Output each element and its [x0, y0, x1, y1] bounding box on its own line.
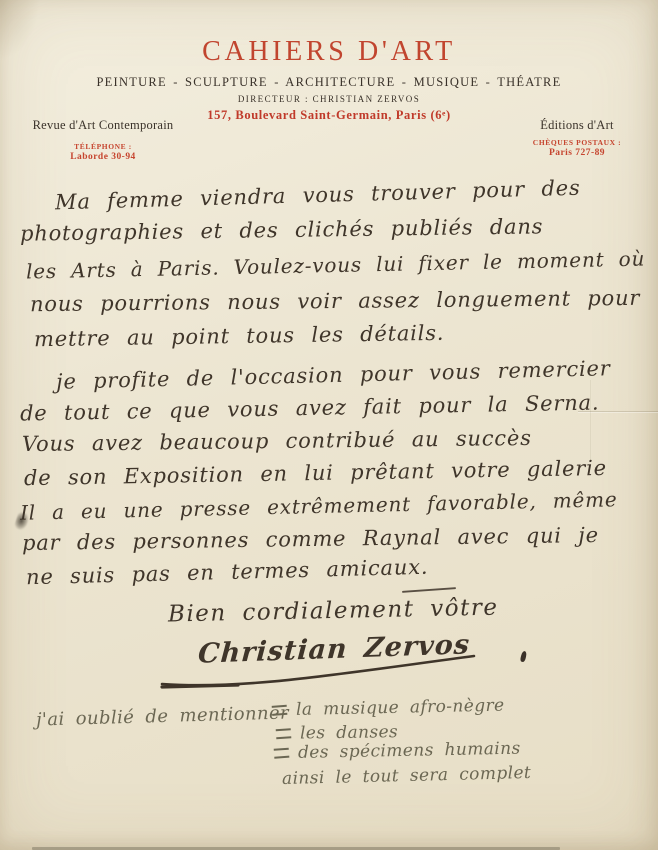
handwritten-line: de son Exposition en lui prêtant votre g… — [24, 456, 607, 490]
handwritten-line: les Arts à Paris. Voulez-vous lui fixer … — [26, 247, 646, 284]
valediction-line: Bien cordialement vôtre — [168, 595, 499, 628]
handwritten-line: de tout ce que vous avez fait pour la Se… — [20, 390, 600, 425]
telephone-label: TÉLÉPHONE : — [28, 142, 178, 151]
handwritten-line: ne suis pas en termes amicaux. — [26, 555, 429, 590]
postscript-item-text: la musique afro-nègre — [296, 696, 505, 720]
letterhead-left-block: Revue d'Art Contemporain TÉLÉPHONE : Lab… — [28, 118, 178, 162]
scan-corner-shadow — [0, 0, 40, 60]
postscript-item: la musique afro-nègre — [272, 696, 505, 721]
letterhead-right-block: Éditions d'Art CHÈQUES POSTAUX : Paris 7… — [512, 118, 642, 158]
postscript-intro: j'ai oublié de mentionner — [36, 702, 290, 730]
signature-underline-flourish — [158, 648, 480, 690]
revue-name: Revue d'Art Contemporain — [28, 118, 178, 133]
director-line: DIRECTEUR : CHRISTIAN ZERVOS — [0, 94, 658, 104]
letterhead: CAHIERS D'ART PEINTURE - SCULPTURE - ARC… — [0, 0, 658, 123]
handwritten-line: nous pourrions nous voir assez longuemen… — [30, 286, 640, 316]
disciplines-subtitle: PEINTURE - SCULPTURE - ARCHITECTURE - MU… — [0, 75, 658, 90]
postscript-item-text: des spécimens humains — [298, 739, 521, 763]
telephone-number: Laborde 30-94 — [28, 152, 178, 162]
editions-name: Éditions d'Art — [512, 118, 642, 133]
handwritten-line: mettre au point tous les détails. — [34, 321, 445, 351]
handwritten-line: photographies et des clichés publiés dan… — [20, 214, 544, 245]
handwritten-line: Il a eu une presse extrêmement favorable… — [20, 487, 618, 525]
pen-tick-mark — [520, 651, 528, 663]
publication-title: CAHIERS D'ART — [0, 36, 658, 68]
paper-crease-vertical — [590, 380, 591, 460]
scanned-letter-page: CAHIERS D'ART PEINTURE - SCULPTURE - ARC… — [0, 0, 658, 850]
postscript-item: des spécimens humains — [274, 739, 521, 764]
dash-mark — [274, 748, 290, 759]
handwritten-line: Ma femme viendra vous trouver pour des — [55, 176, 581, 215]
handwritten-line: je profite de l'occasion pour vous remer… — [56, 356, 611, 394]
dash-mark — [276, 728, 292, 739]
handwritten-line: Vous avez beaucoup contribué au succès — [22, 426, 532, 456]
postal-cheques-number: Paris 727-89 — [512, 148, 642, 158]
handwritten-line: par des personnes comme Raynal avec qui … — [22, 523, 599, 555]
postal-cheques-label: CHÈQUES POSTAUX : — [512, 138, 642, 147]
dash-mark — [272, 705, 288, 716]
pen-stroke-mark — [402, 587, 456, 593]
ink-smudge — [14, 511, 31, 532]
postscript-outro: ainsi le tout sera complet — [282, 763, 532, 789]
